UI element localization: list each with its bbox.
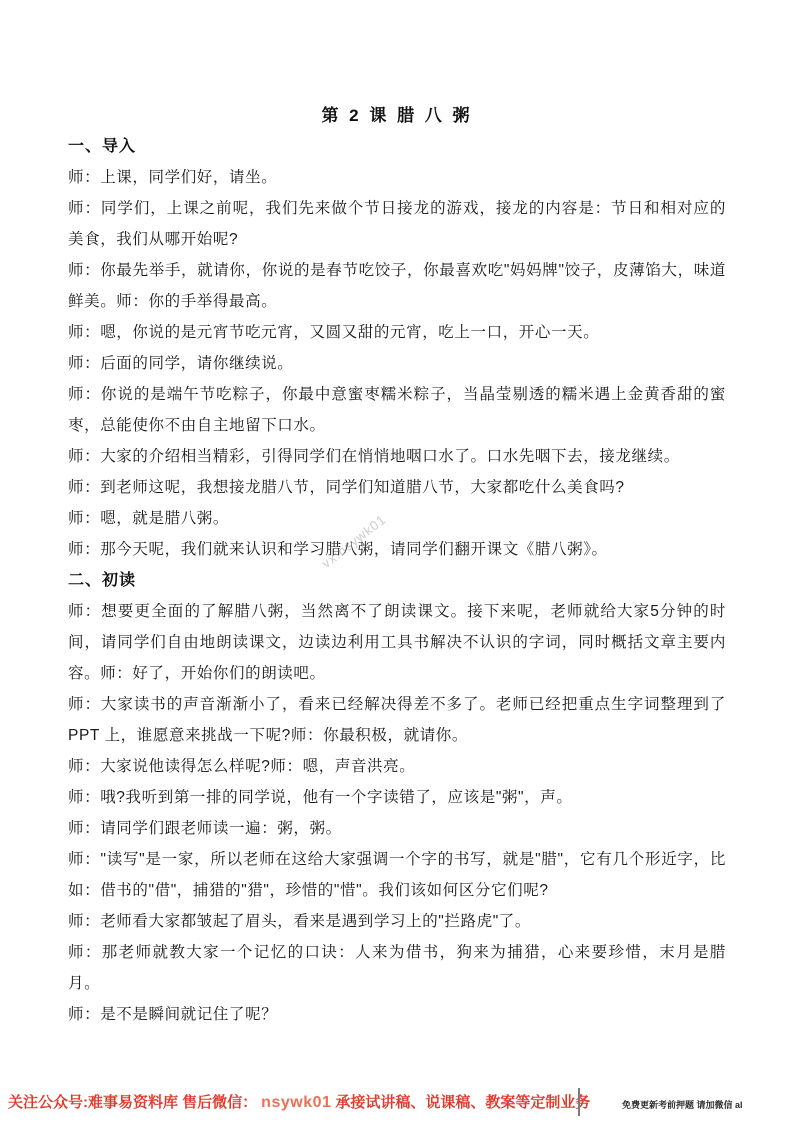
- dialogue-line: 师：同学们，上课之前呢，我们先来做个节日接龙的游戏，接龙的内容是：节日和相对应的…: [68, 193, 726, 255]
- dialogue-line: 师：嗯，就是腊八粥。: [68, 503, 726, 534]
- dialogue-line: 师：你最先举手，就请你，你说的是春节吃饺子，你最喜欢吃"妈妈牌"饺子，皮薄馅大，…: [68, 255, 726, 317]
- dialogue-line: 师：上课，同学们好，请坐。: [68, 162, 726, 193]
- page-title: 第 2 课 腊 八 粥: [68, 100, 726, 131]
- dialogue-line: 师：嗯，你说的是元宵节吃元宵，又圆又甜的元宵，吃上一口，开心一天。: [68, 317, 726, 348]
- dialogue-line: 师：想要更全面的了解腊八粥，当然离不了朗读课文。接下来呢，老师就给大家5分钟的时…: [68, 596, 726, 689]
- dialogue-line: 师：你说的是端午节吃粽子，你最中意蜜枣糯米粽子，当晶莹剔透的糯米遇上金黄香甜的蜜…: [68, 379, 726, 441]
- footer-promo-text: 关注公众号:难事易资料库 售后微信：nsywk01承接试讲稿、说课稿、教案等定制…: [8, 1091, 590, 1112]
- footer-divider: [578, 1088, 580, 1116]
- footer-promo-suffix: 承接试讲稿、说课稿、教案等定制业务: [335, 1094, 590, 1111]
- footer-bar: 关注公众号:难事易资料库 售后微信：nsywk01承接试讲稿、说课稿、教案等定制…: [0, 1088, 794, 1118]
- dialogue-line: 师：到老师这呢，我想接龙腊八节，同学们知道腊八节，大家都吃什么美食吗?: [68, 472, 726, 503]
- document-page: 第 2 课 腊 八 粥 一、导入 师：上课，同学们好，请坐。 师：同学们，上课之…: [68, 100, 726, 1030]
- dialogue-line: 师：大家的介绍相当精彩，引得同学们在悄悄地咽口水了。口水先咽下去，接龙继续。: [68, 441, 726, 472]
- dialogue-line: 师：那今天呢，我们就来认识和学习腊八粥，请同学们翻开课文《腊八粥》。: [68, 534, 726, 565]
- dialogue-line: 师：大家说他读得怎么样呢?师：嗯，声音洪亮。: [68, 751, 726, 782]
- dialogue-line: 师：哦?我听到第一排的同学说，他有一个字读错了，应该是"粥"，声。: [68, 782, 726, 813]
- footer-note: 免费更新考前押题 请加微信 al: [622, 1098, 743, 1111]
- section-heading-intro: 一、导入: [68, 131, 726, 162]
- dialogue-line: 师：后面的同学，请你继续说。: [68, 348, 726, 379]
- dialogue-line: 师："读写"是一家，所以老师在这给大家强调一个字的书写，就是"腊"，它有几个形近…: [68, 844, 726, 906]
- footer-promo-prefix: 关注公众号:难事易资料库 售后微信：: [8, 1094, 257, 1111]
- dialogue-line: 师：大家读书的声音渐渐小了，看来已经解决得差不多了。老师已经把重点生字词整理到了…: [68, 689, 726, 751]
- dialogue-line: 师：老师看大家都皱起了眉头，看来是遇到学习上的"拦路虎"了。: [68, 906, 726, 937]
- wechat-id: nsywk01: [257, 1094, 335, 1111]
- dialogue-line: 师：那老师就教大家一个记忆的口诀：人来为借书，狗来为捕猎，心来要珍惜，末月是腊月…: [68, 937, 726, 999]
- dialogue-line: 师：是不是瞬间就记住了呢？: [68, 999, 726, 1030]
- section-heading-first-read: 二、初读: [68, 565, 726, 596]
- dialogue-line: 师：请同学们跟老师读一遍：粥，粥。: [68, 813, 726, 844]
